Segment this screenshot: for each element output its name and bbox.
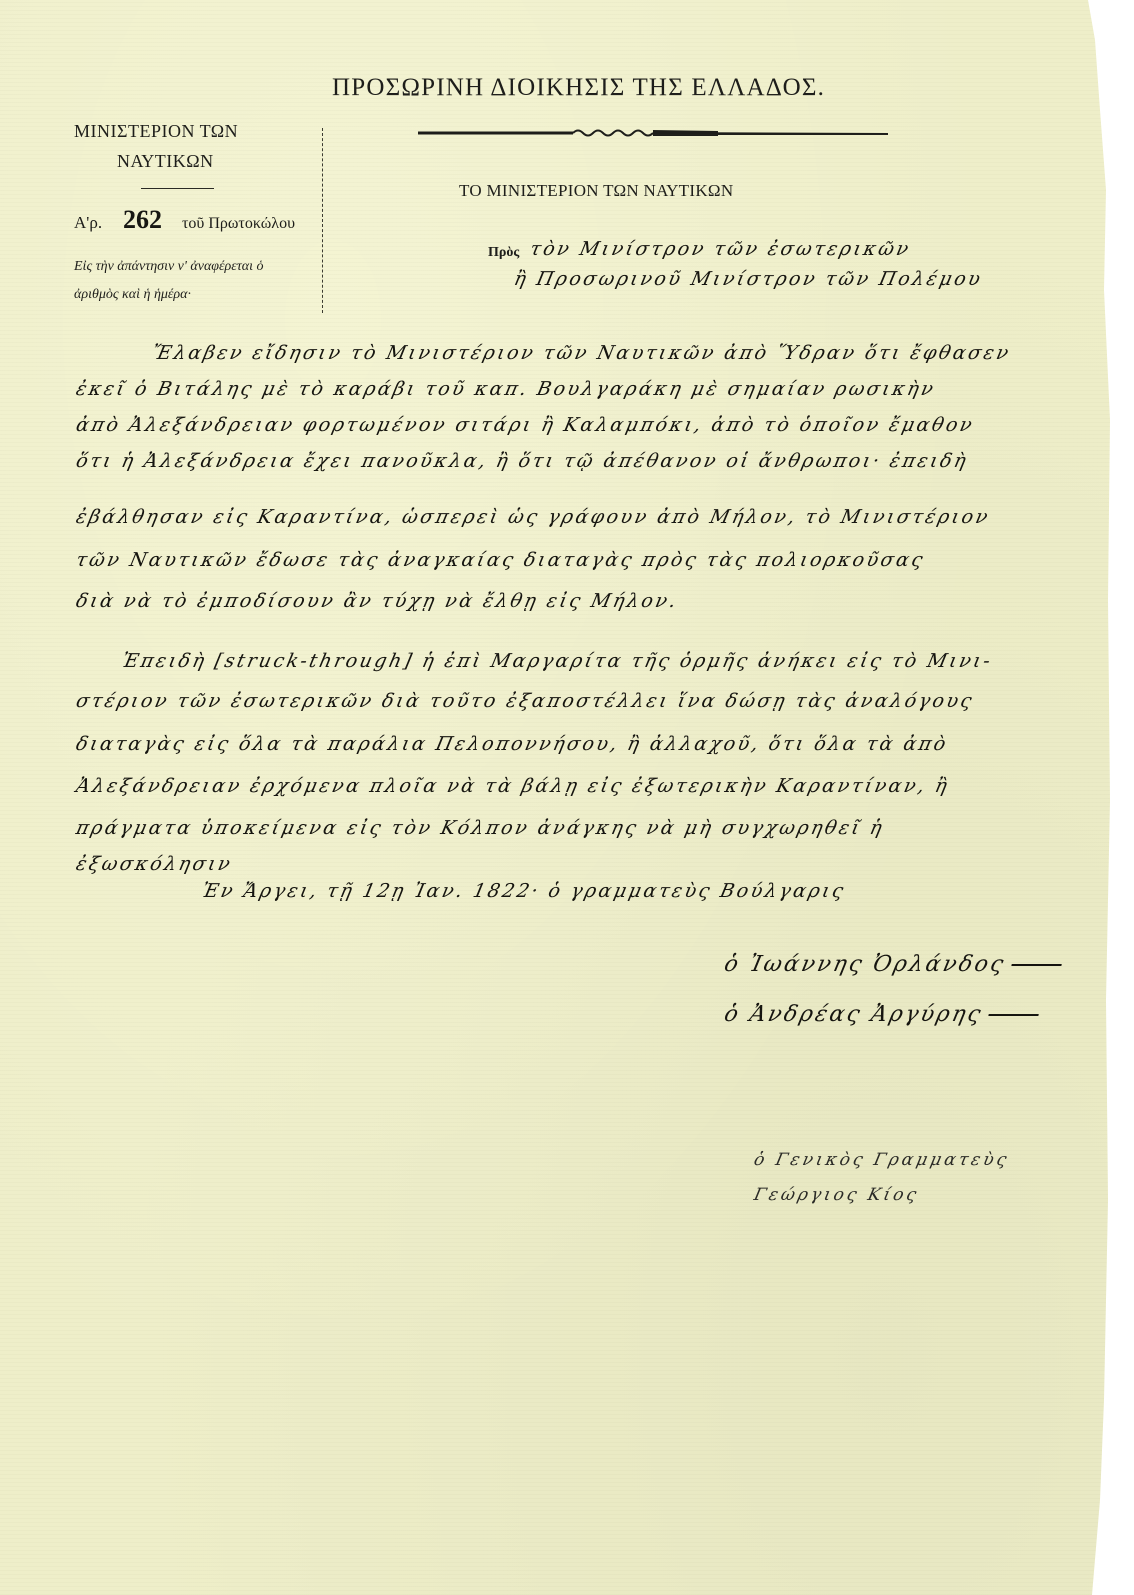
signature-dash (988, 1014, 1038, 1016)
body-line: ἐβάλθησαν εἰς Καραντίνα, ὡσπερεὶ ὡς γράφ… (74, 506, 992, 528)
reply-note-line-2: ἀριθμὸς καὶ ἡ ἡμέρα· (74, 287, 191, 303)
body-line: στέριον τῶν ἐσωτερικῶν διὰ τοῦτο ἐξαποστ… (74, 690, 976, 712)
addressee-line-2: ἢ Προσωρινοῦ Μινίστρον τῶν Πολέμου (512, 268, 985, 290)
clerk-note-line-1: ὁ Γενικὸς Γραμματεὺς (752, 1150, 1011, 1170)
box-divider-rule (141, 188, 214, 189)
protocol-label: Α'ρ. (74, 213, 102, 233)
dateline: Ἐν Ἄργει, τῇ 12ῃ Ἰαν. 1822· ὁ γραμματεὺς… (200, 880, 848, 902)
signature-2-name: ὁ Ἀνδρέας Ἀργύρης (722, 1002, 985, 1027)
signature-dash (1011, 964, 1061, 966)
letterhead-divider (322, 128, 323, 313)
protocol-suffix: τοῦ Πρωτοκώλου (182, 215, 295, 233)
body-line: πράγματα ὑποκείμενα εἰς τὸν Κόλπον ἀνάγκ… (74, 817, 886, 839)
issuer-line: ΤΟ ΜΙΝΙΣΤΕΡΙΟΝ ΤΩΝ ΝΑΥΤΙΚΩΝ (459, 181, 733, 201)
reply-note-line-1: Εἰς τὴν ἀπάντησιν ν' ἀναφέρεται ὁ (74, 259, 264, 275)
body-line: ὅτι ἡ Ἀλεξάνδρεια ἔχει πανοῦκλα, ἢ ὅτι τ… (74, 450, 970, 472)
body-line: ἐξωσκόλησιν (74, 853, 235, 875)
protocol-number: 262 (123, 205, 162, 235)
body-line: διὰ νὰ τὸ ἐμποδίσουν ἂν τύχῃ νὰ ἔλθῃ εἰς… (74, 590, 680, 612)
body-line: ἀπὸ Ἀλεξάνδρειαν φορτωμένον σιτάρι ἢ Καλ… (74, 414, 976, 436)
signature-2: ὁ Ἀνδρέας Ἀργύρης (722, 1002, 1041, 1027)
body-line: ἐκεῖ ὁ Βιτάλης μὲ τὸ καράβι τοῦ καπ. Βου… (74, 378, 938, 400)
ministry-box-title-line-2: ΝΑΥΤΙΚΩΝ (117, 151, 214, 172)
wavy-rule-ornament (418, 128, 888, 138)
clerk-note-line-2: Γεώργιος Κίος (752, 1185, 921, 1205)
ministry-box-title-line-1: ΜΙΝΙΣΤΕΡΙΟΝ ΤΩΝ (74, 121, 238, 142)
body-line: Ἐπειδὴ [struck-through] ἡ ἐπὶ Μαργαρίτα … (120, 650, 995, 672)
body-line: τῶν Ναυτικῶν ἔδωσε τὰς ἀναγκαίας διαταγὰ… (74, 549, 927, 571)
to-label: Πρὸς (488, 245, 519, 261)
signature-1-name: ὁ Ἰωάννης Ὀρλάνδος (722, 952, 1008, 977)
letterhead-title: ΠΡΟΣΩΡΙΝΗ ΔΙΟΙΚΗΣΙΣ ΤΗΣ ΕΛΛΑΔΟΣ. (332, 74, 825, 102)
body-line: Ἔλαβεν εἴδησιν τὸ Μινιστέριον τῶν Ναυτικ… (150, 342, 1013, 364)
signature-1: ὁ Ἰωάννης Ὀρλάνδος (722, 952, 1064, 977)
document-page: ΠΡΟΣΩΡΙΝΗ ΔΙΟΙΚΗΣΙΣ ΤΗΣ ΕΛΛΑΔΟΣ. ΜΙΝΙΣΤΕ… (0, 0, 1110, 1595)
body-line: διαταγὰς εἰς ὅλα τὰ παράλια Πελοποννήσου… (74, 733, 950, 755)
addressee-line-1: τὸν Μινίστρον τῶν ἐσωτερικῶν (528, 238, 913, 260)
body-line: Ἀλεξάνδρειαν ἐρχόμενα πλοῖα νὰ τὰ βάλῃ ε… (74, 775, 951, 797)
